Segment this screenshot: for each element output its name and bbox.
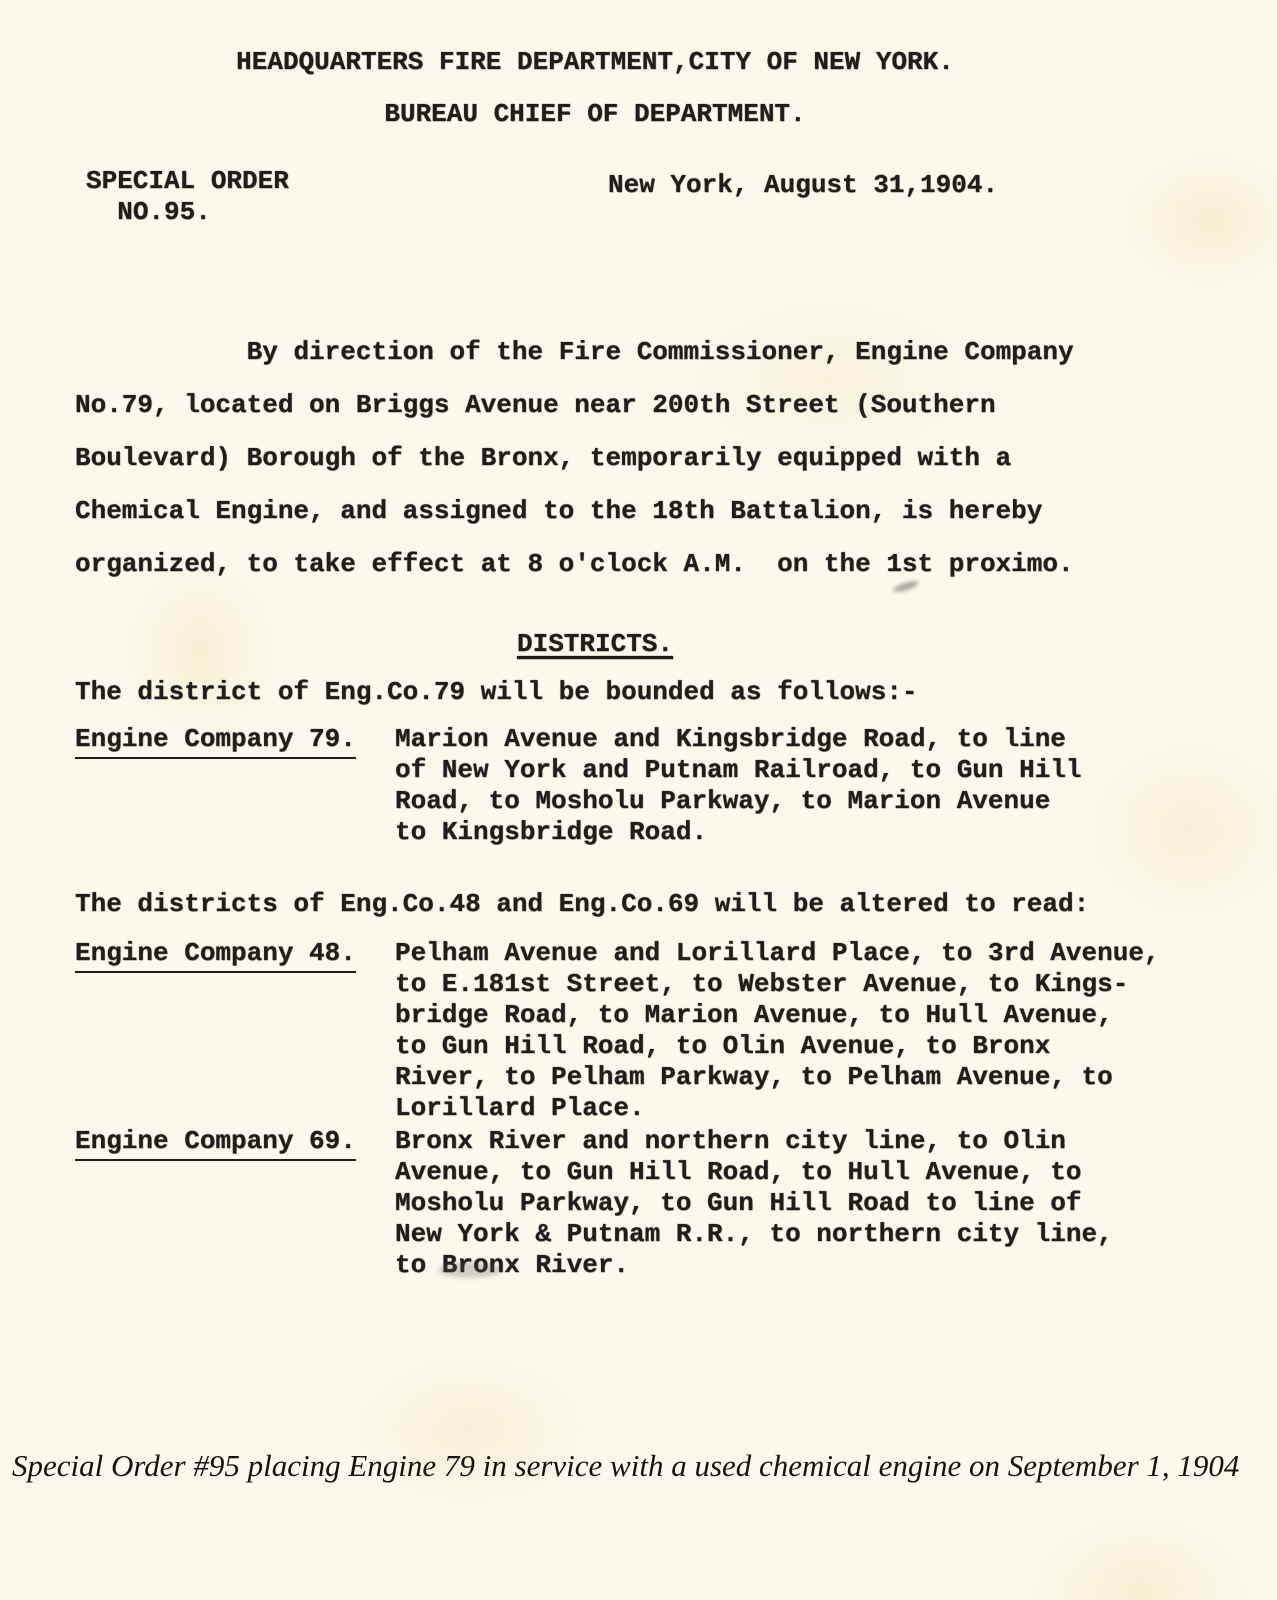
district-entry-text-69: Bronx River and northern city line, to O…: [395, 1126, 1205, 1281]
district-intro-eng79: The district of Eng.Co.79 will be bounde…: [75, 666, 1195, 719]
letterhead-line1: HEADQUARTERS FIRE DEPARTMENT,CITY OF NEW…: [0, 36, 1190, 89]
photo-caption: Special Order #95 placing Engine 79 in s…: [12, 1448, 1272, 1484]
scan-smudge: [438, 1262, 502, 1278]
district-entry-label-79-text: Engine Company 79.: [75, 724, 356, 759]
dateline: New York, August 31,1904.: [608, 170, 998, 200]
district-entry-label-69-text: Engine Company 69.: [75, 1126, 356, 1161]
order-body-paragraph: By direction of the Fire Commissioner, E…: [75, 326, 1195, 591]
district-entry-label-79: Engine Company 79.: [75, 724, 356, 755]
district-entry-text-48: Pelham Avenue and Lorillard Place, to 3r…: [395, 938, 1205, 1124]
district-entry-label-48-text: Engine Company 48.: [75, 938, 356, 973]
special-order-number: SPECIAL ORDER NO.95.: [86, 166, 289, 228]
districts-heading-text: DISTRICTS.: [517, 629, 673, 659]
district-entry-label-69: Engine Company 69.: [75, 1126, 356, 1157]
district-entry-text-79: Marion Avenue and Kingsbridge Road, to l…: [395, 724, 1195, 848]
letterhead-line2: BUREAU CHIEF OF DEPARTMENT.: [0, 88, 1190, 141]
district-intro-eng48-69: The districts of Eng.Co.48 and Eng.Co.69…: [75, 878, 1195, 931]
district-entry-label-48: Engine Company 48.: [75, 938, 356, 969]
districts-heading: DISTRICTS.: [0, 618, 1190, 671]
document-page: HEADQUARTERS FIRE DEPARTMENT,CITY OF NEW…: [0, 0, 1277, 1600]
